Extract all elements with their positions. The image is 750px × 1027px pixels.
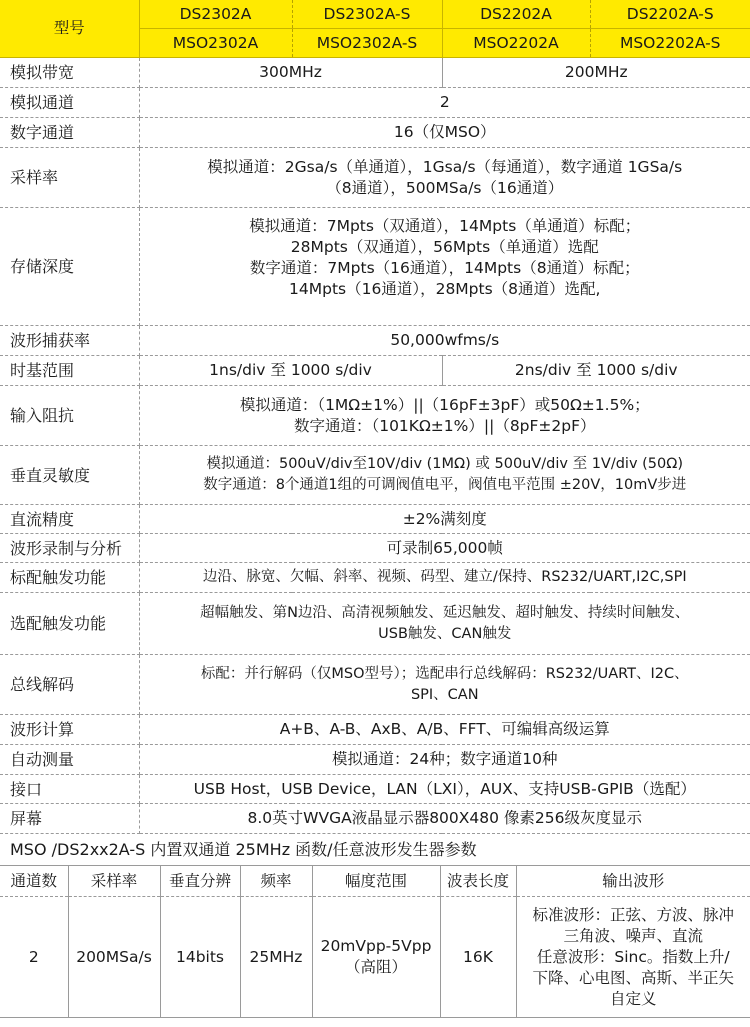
header-channels: 通道数 bbox=[0, 866, 68, 897]
row-std-trigger: 标配触发功能 边沿、脉宽、欠幅、斜率、视频、码型、建立/保持、RS232/UAR… bbox=[0, 563, 750, 593]
row-label: 接口 bbox=[0, 775, 139, 804]
value-200mhz: 2ns/div 至 1000 s/div bbox=[442, 356, 750, 386]
row-label: 直流精度 bbox=[0, 505, 139, 534]
generator-table: 通道数 采样率 垂直分辨 频率 幅度范围 波表长度 输出波形 2 200MSa/… bbox=[0, 866, 750, 1018]
row-vertical-sensitivity: 垂直灵敏度 模拟通道：500uV/div至10V/div (1MΩ) 或 500… bbox=[0, 446, 750, 505]
value-300mhz: 1ns/div 至 1000 s/div bbox=[139, 356, 442, 386]
value-200mhz: 200MHz bbox=[442, 58, 750, 88]
value-line: 28Mpts（双通道），56Mpts（单通道）选配 bbox=[140, 237, 750, 258]
generator-header-row: 通道数 采样率 垂直分辨 频率 幅度范围 波表长度 输出波形 bbox=[0, 866, 750, 897]
row-value: USB Host，USB Device，LAN（LXI），AUX、支持USB-G… bbox=[139, 775, 750, 804]
header-frequency: 频率 bbox=[240, 866, 312, 897]
model-mso2202a: MSO2202A bbox=[442, 29, 590, 58]
value-line: 三角波、噪声、直流 bbox=[517, 926, 750, 947]
value-amplitude: 20mVpp-5Vpp （高阻） bbox=[312, 897, 440, 1018]
value-line: 下降、心电图、高斯、半正矢 bbox=[517, 968, 750, 989]
row-analog-channels: 模拟通道 2 bbox=[0, 88, 750, 118]
row-value: 模拟通道：2Gsa/s（单通道），1Gsa/s（每通道），数字通道 1GSa/s… bbox=[139, 148, 750, 208]
row-value: 边沿、脉宽、欠幅、斜率、视频、码型、建立/保持、RS232/UART,I2C,S… bbox=[139, 563, 750, 593]
row-display: 屏幕 8.0英寸WVGA液晶显示器800X480 像素256级灰度显示 bbox=[0, 804, 750, 834]
model-ds2302a: DS2302A bbox=[139, 0, 292, 29]
model-header-row-1: 型号 DS2302A DS2302A-S DS2202A DS2202A-S bbox=[0, 0, 750, 29]
value-line: 模拟通道：2Gsa/s（单通道），1Gsa/s（每通道），数字通道 1GSa/s bbox=[140, 157, 750, 178]
row-label: 输入阻抗 bbox=[0, 386, 139, 446]
value-output-waveform: 标准波形：正弦、方波、脉冲 三角波、噪声、直流 任意波形：Sinc。指数上升/ … bbox=[516, 897, 750, 1018]
row-value: 标配：并行解码（仅MSO型号）；选配串行总线解码：RS232/UART、I2C、… bbox=[139, 655, 750, 715]
row-value: A+B、A-B、AxB、A/B、FFT、可编辑高级运算 bbox=[139, 715, 750, 745]
model-ds2202a: DS2202A bbox=[442, 0, 590, 29]
row-value: 2 bbox=[139, 88, 750, 118]
value-resolution: 14bits bbox=[160, 897, 240, 1018]
model-mso2202a-s: MSO2202A-S bbox=[590, 29, 750, 58]
value-line: 标准波形：正弦、方波、脉冲 bbox=[517, 905, 750, 926]
row-label: 选配触发功能 bbox=[0, 593, 139, 655]
row-digital-channels: 数字通道 16（仅MSO） bbox=[0, 118, 750, 148]
row-label: 波形捕获率 bbox=[0, 326, 139, 356]
row-value: 模拟通道：（1MΩ±1%）||（16pF±3pF）或50Ω±1.5%； 数字通道… bbox=[139, 386, 750, 446]
header-output-waveform: 输出波形 bbox=[516, 866, 750, 897]
row-label: 波形计算 bbox=[0, 715, 139, 745]
row-input-impedance: 输入阻抗 模拟通道：（1MΩ±1%）||（16pF±3pF）或50Ω±1.5%；… bbox=[0, 386, 750, 446]
value-line: 模拟通道：500uV/div至10V/div (1MΩ) 或 500uV/div… bbox=[140, 454, 750, 475]
row-label: 数字通道 bbox=[0, 118, 139, 148]
generator-caption: MSO /DS2xx2A-S 内置双通道 25MHz 函数/任意波形发生器参数 bbox=[0, 834, 750, 866]
model-mso2302a-s: MSO2302A-S bbox=[292, 29, 442, 58]
header-sample-rate: 采样率 bbox=[68, 866, 160, 897]
value-line: 数字通道：7Mpts（16通道），14Mpts（8通道）标配； bbox=[140, 258, 750, 279]
row-value: 超幅触发、第N边沿、高清视频触发、延迟触发、超时触发、持续时间触发、 USB触发… bbox=[139, 593, 750, 655]
value-line: 模拟通道：（1MΩ±1%）||（16pF±3pF）或50Ω±1.5%； bbox=[140, 395, 750, 416]
row-label: 存储深度 bbox=[0, 208, 139, 326]
row-value: 可录制65,000帧 bbox=[139, 534, 750, 563]
row-value: 模拟通道：24种；数字通道10种 bbox=[139, 745, 750, 775]
row-value: ±2%满刻度 bbox=[139, 505, 750, 534]
row-analog-bandwidth: 模拟带宽 300MHz 200MHz bbox=[0, 58, 750, 88]
header-resolution: 垂直分辨 bbox=[160, 866, 240, 897]
row-label: 自动测量 bbox=[0, 745, 139, 775]
value-line: USB触发、CAN触发 bbox=[140, 624, 750, 645]
row-math: 波形计算 A+B、A-B、AxB、A/B、FFT、可编辑高级运算 bbox=[0, 715, 750, 745]
value-line: （8通道），500MSa/s（16通道） bbox=[140, 178, 750, 199]
row-memory-depth: 存储深度 模拟通道：7Mpts（双通道），14Mpts（单通道）标配； 28Mp… bbox=[0, 208, 750, 326]
value-frequency: 25MHz bbox=[240, 897, 312, 1018]
value-sample-rate: 200MSa/s bbox=[68, 897, 160, 1018]
row-label: 模拟带宽 bbox=[0, 58, 139, 88]
row-label: 标配触发功能 bbox=[0, 563, 139, 593]
model-label: 型号 bbox=[0, 0, 139, 58]
row-opt-trigger: 选配触发功能 超幅触发、第N边沿、高清视频触发、延迟触发、超时触发、持续时间触发… bbox=[0, 593, 750, 655]
value-line: 模拟通道：7Mpts（双通道），14Mpts（单通道）标配； bbox=[140, 216, 750, 237]
value-line: 超幅触发、第N边沿、高清视频触发、延迟触发、超时触发、持续时间触发、 bbox=[140, 603, 750, 624]
spec-table: 型号 DS2302A DS2302A-S DS2202A DS2202A-S M… bbox=[0, 0, 750, 834]
value-line: 任意波形：Sinc。指数上升/ bbox=[517, 947, 750, 968]
row-value: 16（仅MSO） bbox=[139, 118, 750, 148]
row-label: 屏幕 bbox=[0, 804, 139, 834]
row-auto-measure: 自动测量 模拟通道：24种；数字通道10种 bbox=[0, 745, 750, 775]
row-waveform-record: 波形录制与分析 可录制65,000帧 bbox=[0, 534, 750, 563]
value-wave-table: 16K bbox=[440, 897, 516, 1018]
row-label: 波形录制与分析 bbox=[0, 534, 139, 563]
value-line: 数字通道：（101KΩ±1%）||（8pF±2pF） bbox=[140, 416, 750, 437]
row-value: 模拟通道：500uV/div至10V/div (1MΩ) 或 500uV/div… bbox=[139, 446, 750, 505]
model-ds2202a-s: DS2202A-S bbox=[590, 0, 750, 29]
row-label: 模拟通道 bbox=[0, 88, 139, 118]
model-ds2302a-s: DS2302A-S bbox=[292, 0, 442, 29]
value-line: 标配：并行解码（仅MSO型号）；选配串行总线解码：RS232/UART、I2C、 bbox=[140, 664, 750, 685]
row-value: 50,000wfms/s bbox=[139, 326, 750, 356]
row-label: 采样率 bbox=[0, 148, 139, 208]
row-label: 时基范围 bbox=[0, 356, 139, 386]
row-interface: 接口 USB Host，USB Device，LAN（LXI），AUX、支持US… bbox=[0, 775, 750, 804]
generator-data-row: 2 200MSa/s 14bits 25MHz 20mVpp-5Vpp （高阻）… bbox=[0, 897, 750, 1018]
value-line: 数字通道：8个通道1组的可调阀值电平，阀值电平范围 ±20V，10mV步进 bbox=[140, 475, 750, 496]
row-sample-rate: 采样率 模拟通道：2Gsa/s（单通道），1Gsa/s（每通道），数字通道 1G… bbox=[0, 148, 750, 208]
value-line: 自定义 bbox=[517, 989, 750, 1010]
row-value: 8.0英寸WVGA液晶显示器800X480 像素256级灰度显示 bbox=[139, 804, 750, 834]
header-wave-table: 波表长度 bbox=[440, 866, 516, 897]
value-line: （高阻） bbox=[313, 957, 440, 978]
row-bus-decode: 总线解码 标配：并行解码（仅MSO型号）；选配串行总线解码：RS232/UART… bbox=[0, 655, 750, 715]
row-waveform-capture-rate: 波形捕获率 50,000wfms/s bbox=[0, 326, 750, 356]
value-300mhz: 300MHz bbox=[139, 58, 442, 88]
value-line: SPI、CAN bbox=[140, 685, 750, 706]
row-timebase-range: 时基范围 1ns/div 至 1000 s/div 2ns/div 至 1000… bbox=[0, 356, 750, 386]
row-label: 总线解码 bbox=[0, 655, 139, 715]
value-line: 20mVpp-5Vpp bbox=[313, 936, 440, 957]
row-dc-accuracy: 直流精度 ±2%满刻度 bbox=[0, 505, 750, 534]
header-amplitude: 幅度范围 bbox=[312, 866, 440, 897]
model-mso2302a: MSO2302A bbox=[139, 29, 292, 58]
value-line: 14Mpts（16通道），28Mpts（8通道）选配, bbox=[140, 279, 750, 300]
row-label: 垂直灵敏度 bbox=[0, 446, 139, 505]
value-channels: 2 bbox=[0, 897, 68, 1018]
row-value: 模拟通道：7Mpts（双通道），14Mpts（单通道）标配； 28Mpts（双通… bbox=[139, 208, 750, 326]
